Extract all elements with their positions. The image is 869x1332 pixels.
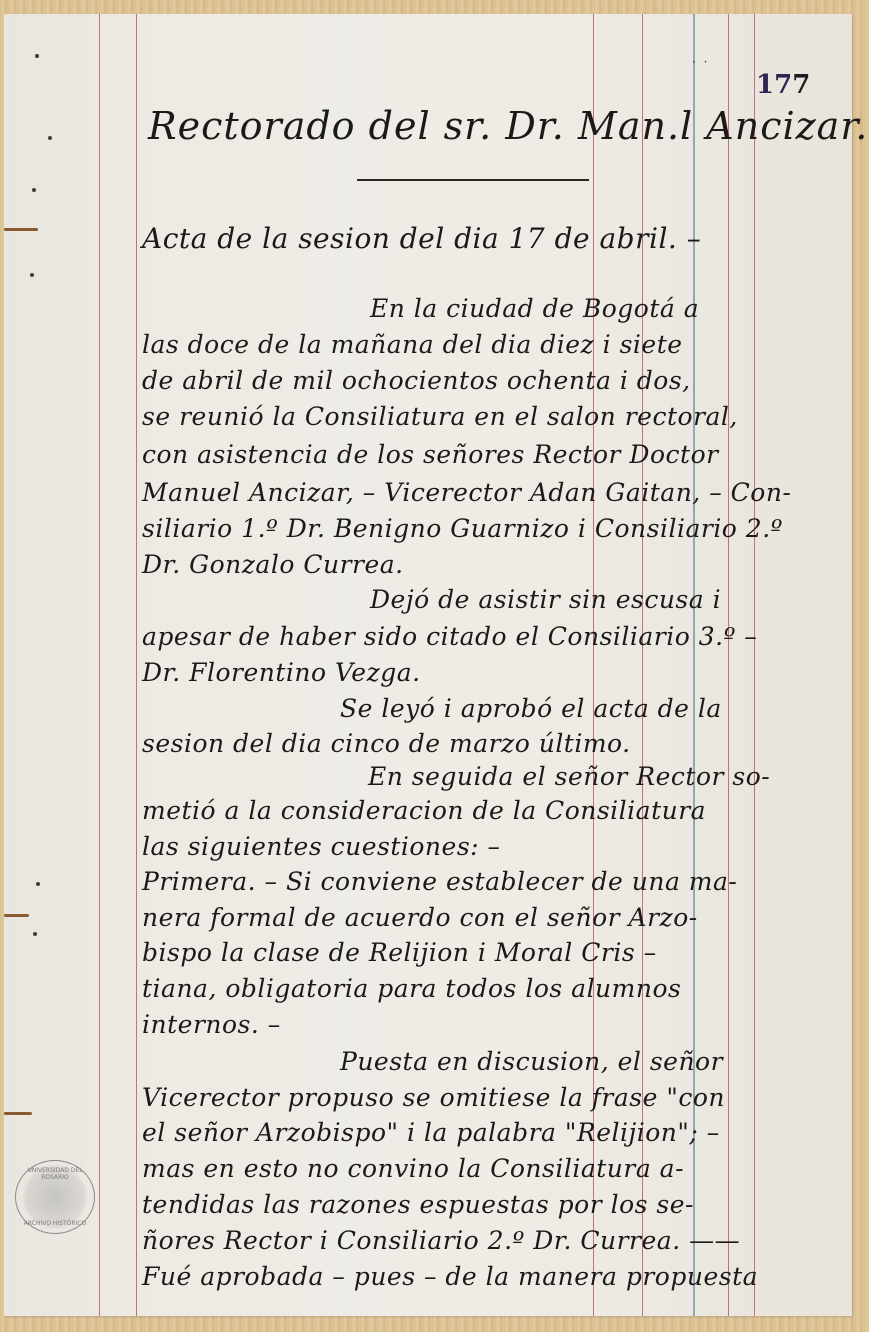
binding-hole (48, 136, 52, 140)
binding-hole (30, 273, 34, 277)
paper-tear (4, 228, 38, 231)
folio-number-last-digit: 7 (792, 70, 810, 100)
stamp-bottom-text: ARCHIVO HISTÓRICO (16, 1220, 94, 1227)
text-line: Vicerector propuso se omitiese la frase … (142, 1083, 725, 1112)
text-line: ñores Rector i Consiliario 2.º Dr. Curre… (142, 1226, 740, 1255)
text-line: mas en esto no convino la Consiliatura a… (142, 1154, 684, 1183)
top-marks: · · (692, 55, 709, 69)
text-line: Primera. – Si conviene establecer de una… (142, 867, 737, 896)
text-line: En seguida el señor Rector so- (368, 762, 770, 791)
title-underline (357, 179, 589, 181)
text-line: apesar de haber sido citado el Consiliar… (142, 622, 757, 651)
document-title: Rectorado del sr. Dr. Man.l Ancizar. (148, 104, 868, 148)
text-line: Manuel Ancizar, – Vicerector Adan Gaitan… (142, 478, 791, 507)
session-heading: Acta de la sesion del dia 17 de abril. – (142, 222, 701, 255)
text-line: internos. – (142, 1010, 281, 1039)
text-line: metió a la consideracion de la Consiliat… (142, 796, 706, 825)
binding-hole (36, 882, 40, 886)
text-line: con asistencia de los señores Rector Doc… (142, 440, 719, 469)
text-line: nera formal de acuerdo con el señor Arzo… (142, 903, 698, 932)
text-line: tiana, obligatoria para todos los alumno… (142, 974, 681, 1003)
text-line: tendidas las razones espuestas por los s… (142, 1190, 694, 1219)
text-line: Puesta en discusion, el señor (340, 1047, 723, 1076)
column-rule (728, 14, 729, 1316)
text-line: Fué aprobada – pues – de la manera propu… (142, 1262, 758, 1291)
text-line: En la ciudad de Bogotá a (370, 294, 699, 323)
text-line: Dr. Florentino Vezga. (142, 658, 421, 687)
paper-tear (4, 1112, 32, 1115)
stamp-top-text: UNIVERSIDAD DEL ROSARIO (16, 1167, 94, 1181)
text-line: de abril de mil ochocientos ochenta i do… (142, 366, 691, 395)
margin-rule-left-outer (99, 14, 100, 1316)
column-rule (754, 14, 755, 1316)
binding-hole (33, 932, 37, 936)
text-line: Dr. Gonzalo Currea. (142, 550, 404, 579)
text-line: Se leyó i aprobó el acta de la (340, 694, 722, 723)
text-line: el señor Arzobispo" i la palabra "Reliji… (142, 1118, 720, 1147)
text-line: bispo la clase de Relijion i Moral Cris … (142, 938, 657, 967)
paper-tear (4, 914, 29, 917)
text-line: las doce de la mañana del dia diez i sie… (142, 330, 683, 359)
binding-hole (32, 188, 36, 192)
text-line: se reunió la Consiliatura en el salon re… (142, 402, 738, 431)
text-line: siliario 1.º Dr. Benigno Guarnizo i Cons… (142, 514, 783, 543)
folio-number: 177 (756, 70, 810, 100)
text-line: Dejó de asistir sin escusa i (370, 585, 721, 614)
binding-hole (35, 54, 39, 58)
text-line: las siguientes cuestiones: – (142, 832, 501, 861)
text-line: sesion del dia cinco de marzo último. (142, 729, 631, 758)
margin-rule-left-inner (136, 14, 137, 1316)
archive-stamp: UNIVERSIDAD DEL ROSARIO ARCHIVO HISTÓRIC… (15, 1160, 95, 1234)
